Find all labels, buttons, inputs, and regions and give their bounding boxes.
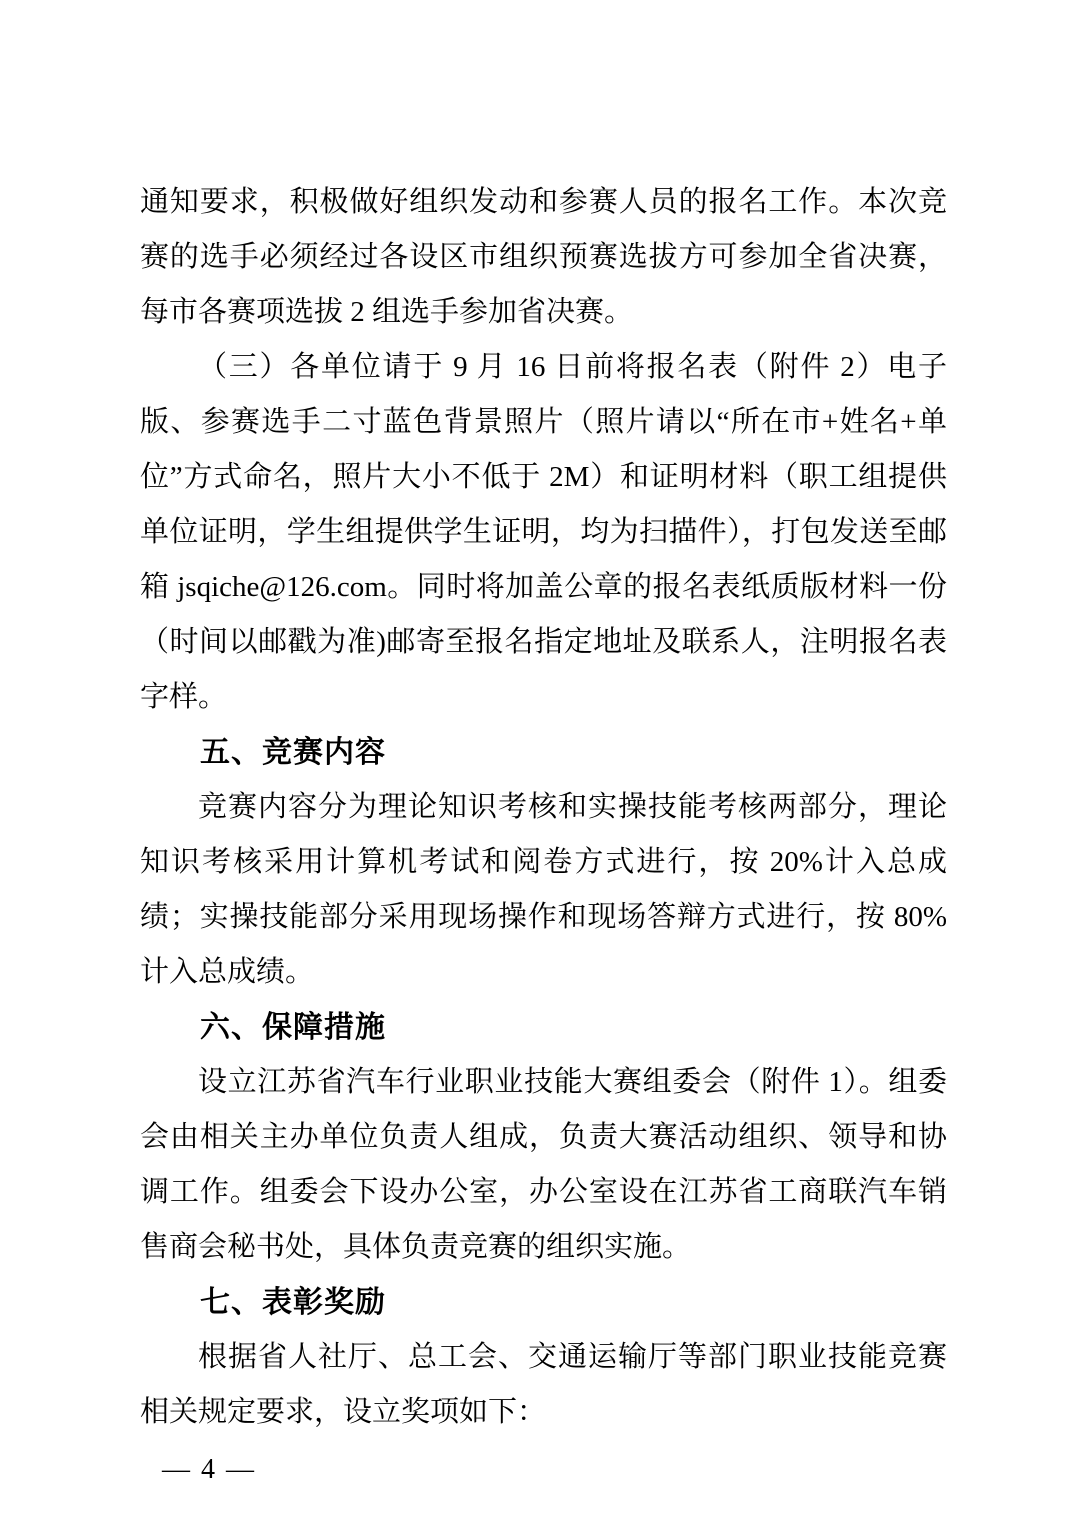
section-heading-competition-content: 五、竞赛内容 [140, 725, 947, 780]
paragraph-item-three-submission: （三）各单位请于 9 月 16 日前将报名表（附件 2）电子版、参赛选手二寸蓝色… [140, 340, 947, 725]
document-page: 通知要求，积极做好组织发动和参赛人员的报名工作。本次竞赛的选手必须经过各设区市组… [0, 0, 1080, 1527]
page-number: — 4 — [140, 1450, 947, 1490]
section-heading-awards: 七、表彰奖励 [140, 1275, 947, 1330]
paragraph-support-measures: 设立江苏省汽车行业职业技能大赛组委会（附件 1）。组委会由相关主办单位负责人组成… [140, 1055, 947, 1275]
paragraph-awards-intro: 根据省人社厅、总工会、交通运输厅等部门职业技能竞赛相关规定要求，设立奖项如下： [140, 1330, 947, 1440]
paragraph-registration-continued: 通知要求，积极做好组织发动和参赛人员的报名工作。本次竞赛的选手必须经过各设区市组… [140, 175, 947, 340]
section-heading-support-measures: 六、保障措施 [140, 1000, 947, 1055]
paragraph-competition-content: 竞赛内容分为理论知识考核和实操技能考核两部分，理论知识考核采用计算机考试和阅卷方… [140, 780, 947, 1000]
